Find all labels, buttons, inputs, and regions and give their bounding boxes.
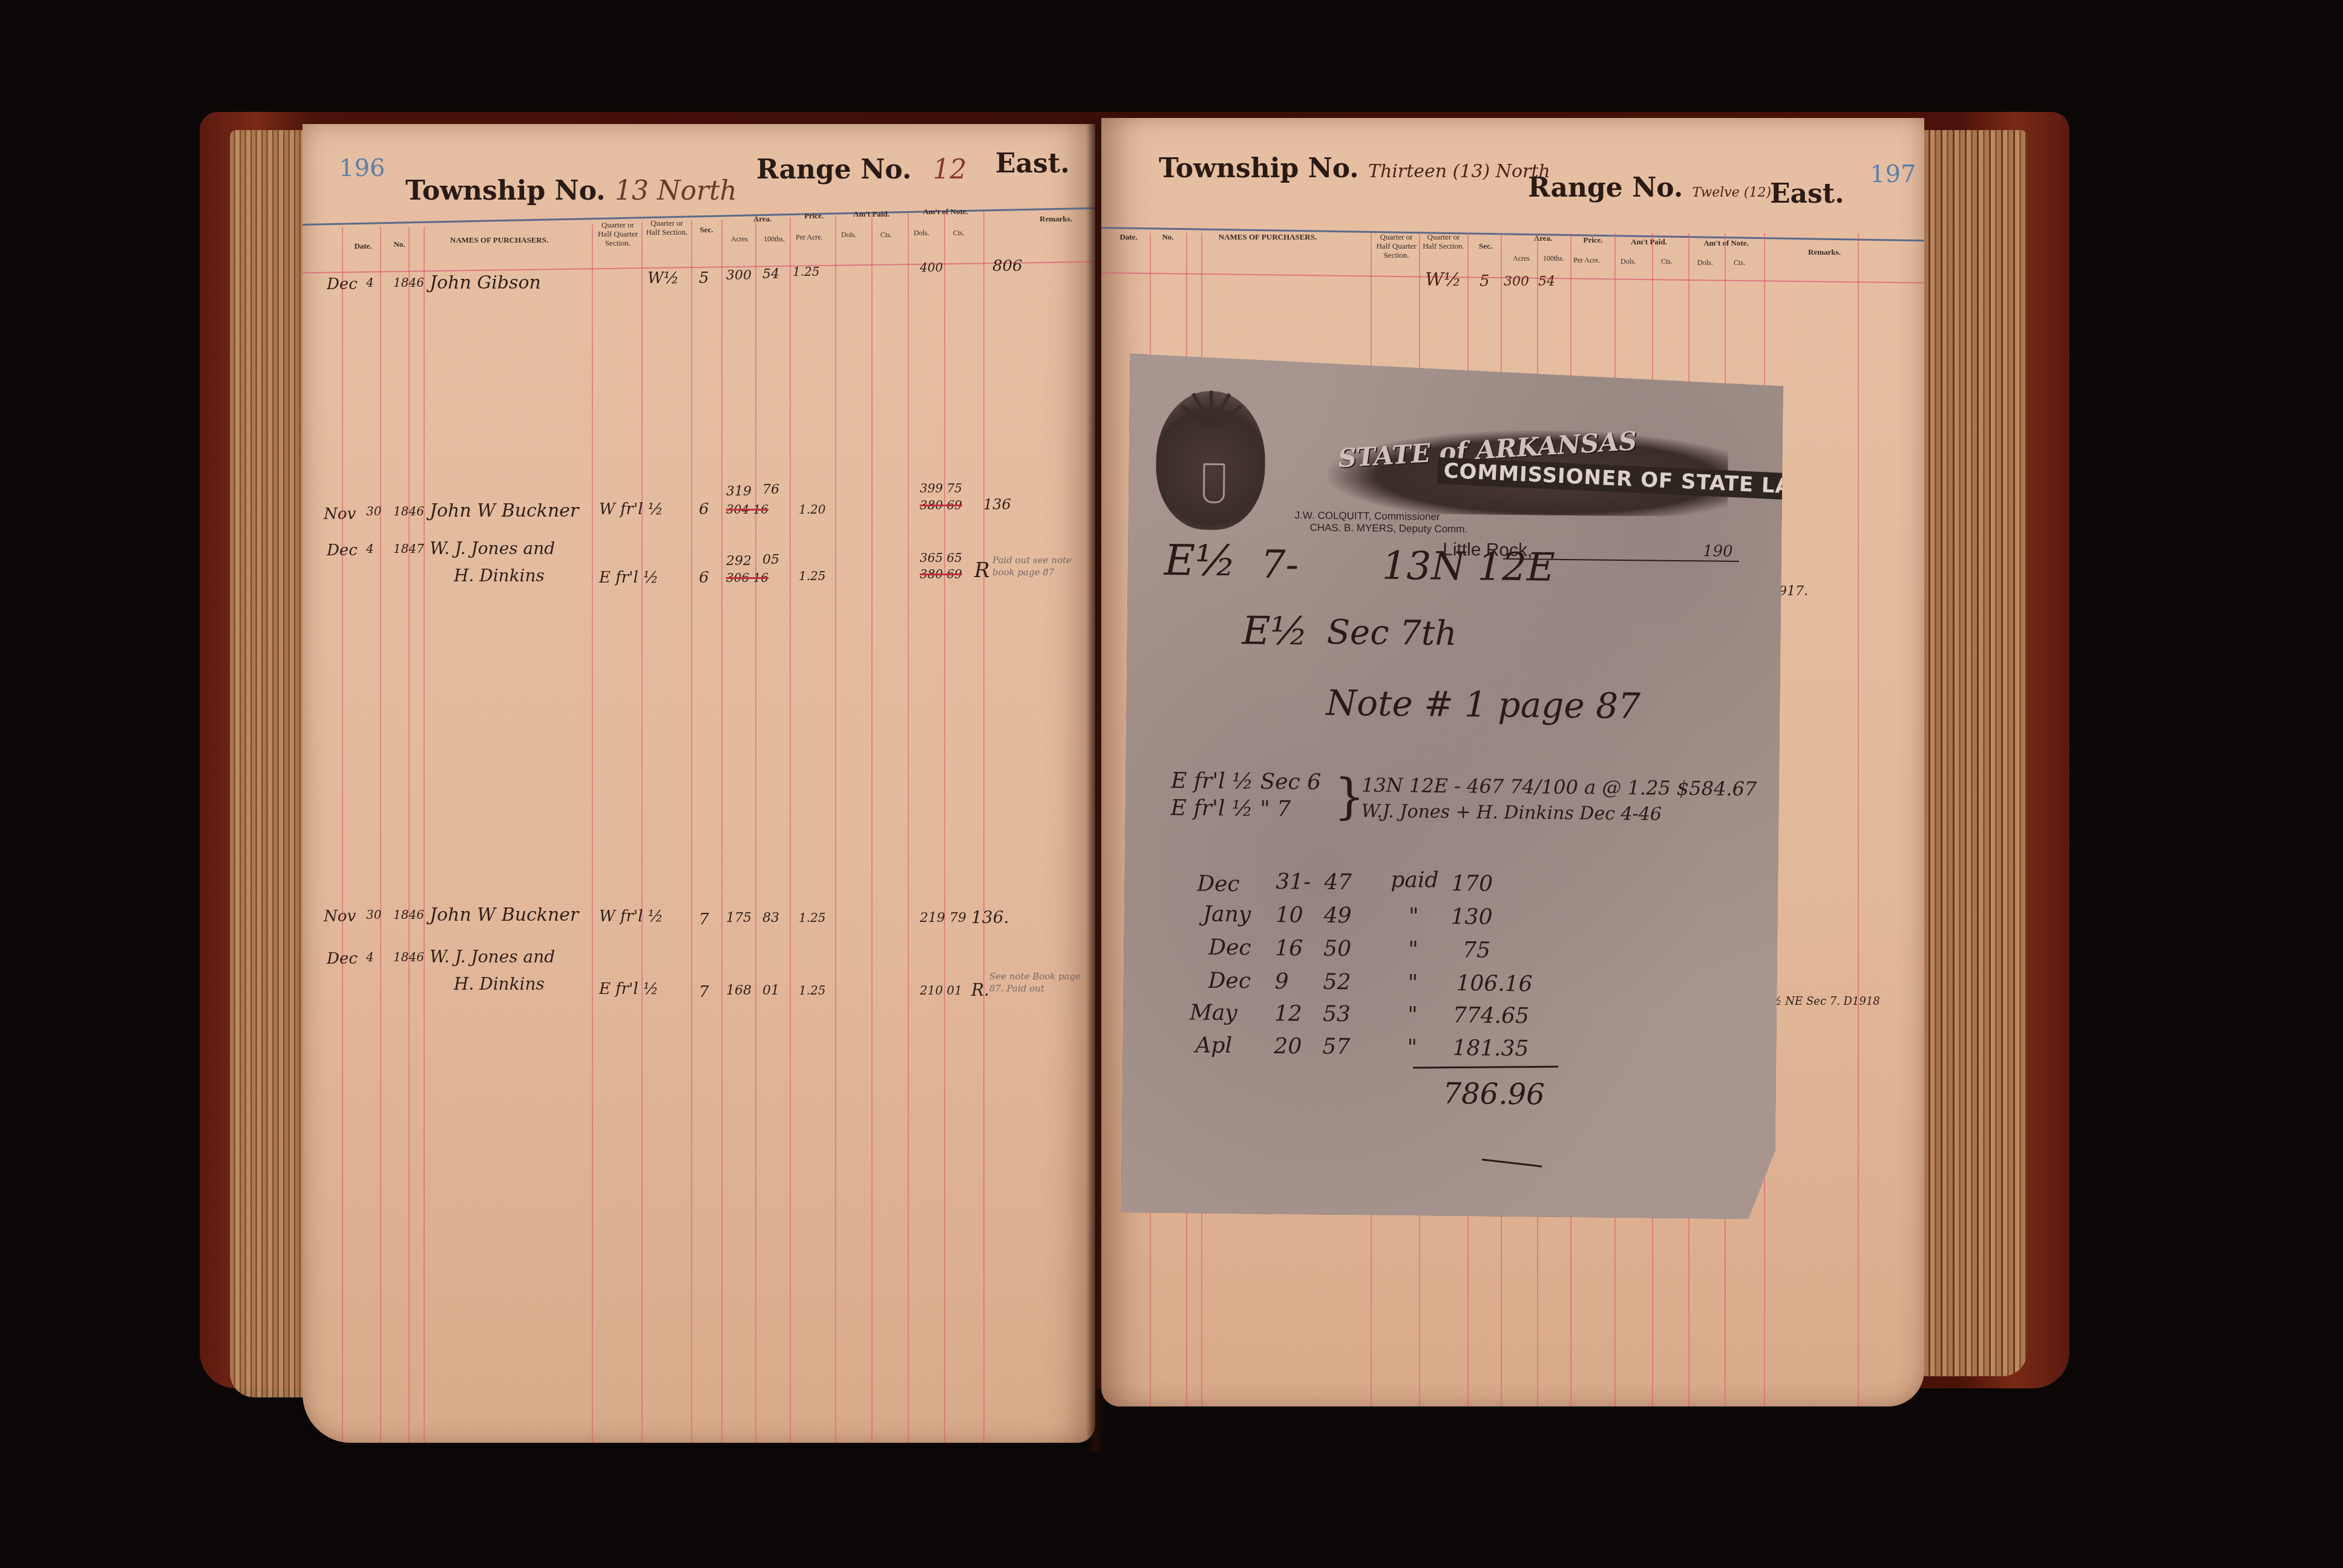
rule [408,227,410,1443]
letterhead-year: 190 [1703,542,1733,561]
col-amt-paid-dols: Dols. [841,230,857,240]
payment-amount: 774.65 [1453,1003,1529,1028]
col-area-100ths: 100ths. [764,235,785,244]
rule [944,212,945,1443]
rule [1858,233,1859,1406]
payment-day: 31- [1276,869,1311,895]
entry-purchaser-2: H. Dinkins [454,566,545,586]
entry-day: 4 [366,275,374,290]
entry-acres-struck: 306 16 [726,570,768,585]
range-value: 12 [933,154,967,185]
entry-sec: 6 [699,569,709,587]
state-seal-icon [1155,390,1265,531]
payment-month: Dec [1208,969,1251,994]
entry-purchaser: John Gibson [430,272,541,293]
rule [790,217,791,1443]
entry-note-struck: 380 69 [920,567,962,581]
entry-acres: 292 [726,554,752,569]
brace-icon: } [1334,768,1365,825]
entry-month: Nov [324,505,356,523]
entry-hundredths: 54 [1538,274,1555,289]
entry-acres: 175 [726,910,752,926]
entry-year: 1846 [393,950,424,964]
entry-section-part: W fr'l ½ [599,500,663,518]
payment-amount: 170 [1451,871,1493,897]
doc-brace-text2: W.J. Jones + H. Dinkins Dec 4-46 [1361,800,1662,825]
payment-month: Dec [1208,935,1251,961]
payment-day: 10 [1276,903,1303,927]
range-value: Twelve (12) [1693,185,1771,200]
entry-purchaser: John W Buckner [430,500,578,521]
col-amt-note-dols: Dols. [914,229,929,238]
sum-underline [1413,1066,1558,1069]
entry-remarks: 136 [983,496,1011,513]
entry-section-part: W½ [1425,269,1461,290]
payment-label: paid [1391,867,1439,893]
rule [908,214,909,1443]
col-area-acres: Acres [1513,254,1530,263]
payment-amount: 106.16 [1456,971,1532,996]
col-sec: Sec. [693,226,720,235]
payment-month: Dec [1197,872,1240,897]
township-header: Township No. Thirteen (13) North [1159,153,1550,184]
payment-label: " [1407,970,1418,995]
entry-hundredths: 83 [762,910,779,926]
entry-note-struck: 380 69 [920,498,962,512]
range-label: Range No. [756,154,911,185]
col-amt-note: Am't of Note. [911,207,980,217]
col-price: Price. [796,212,832,221]
col-area-100ths: 100ths. [1543,254,1564,263]
doc-line2-sec: Sec 7th [1326,613,1457,653]
entry-remarks: 806 [992,257,1023,275]
entry-remarks-red: R. [971,980,989,1000]
entry-price: 1.25 [799,569,826,583]
entry-price: 1.25 [799,983,826,998]
col-remarks: Remarks. [1029,215,1083,224]
entry-section-part: E fr'l ½ [599,980,658,998]
entry-year: 1846 [393,907,424,922]
left-page: 196 Township No. 13 North Range No. 12 E… [303,124,1095,1443]
entry-section-part: W½ [647,269,679,287]
doc-line1-sec: 7- [1260,543,1299,588]
payment-label: " [1407,1002,1418,1027]
entry-year: 1846 [393,275,424,290]
rule [983,211,985,1443]
entry-purchaser: John W Buckner [430,904,578,926]
rule [424,227,425,1443]
payment-month: Jany [1203,902,1251,927]
col-area-acres: Acres [731,235,748,244]
inserted-photostat-document: STATE of ARKANSAS COMMISSIONER OF STATE … [1121,353,1784,1219]
rule [871,215,873,1443]
entry-sec: 5 [1480,272,1490,290]
payment-year: 52 [1323,970,1351,995]
col-remarks: Remarks. [1794,248,1855,257]
entry-price: 1.25 [793,264,820,279]
payment-label: " [1407,1035,1417,1060]
col-quarter-half: Quarter or Half Section. [1421,233,1466,251]
payment-label: " [1409,904,1419,929]
direction-label: East. [995,148,1069,179]
entry-sec: 7 [699,983,709,1001]
entry-month: Dec [327,275,358,293]
shield-icon [1203,463,1225,503]
col-amt-paid-cts: Cts. [880,230,892,240]
entry-acres: 300 [726,268,752,283]
entry-note: 365 65 [920,550,962,565]
col-quarter-half: Quarter or Half Section. [643,219,690,237]
pen-stroke [1482,1158,1542,1167]
entry-purchaser: W. J. Jones and [430,947,555,967]
entry-acres: 319 [726,484,752,499]
payment-total: 786.96 [1443,1077,1545,1112]
township-label: Township No. [1159,153,1359,184]
payment-year: 49 [1324,903,1352,928]
payment-day: 20 [1274,1034,1302,1059]
entry-hundredths: 76 [762,482,779,497]
entry-price: 1.20 [799,502,826,517]
entry-acres-struck: 304 16 [726,502,768,517]
rule [641,222,643,1443]
township-header: Township No. 13 North [405,175,737,206]
payment-year: 53 [1323,1002,1351,1027]
payment-day: 9 [1274,969,1288,994]
entry-pencil-note: Paid out see note book page 87 [992,555,1095,578]
col-names: NAMES OF PURCHASERS. [436,236,563,245]
sunburst-icon [1181,390,1242,427]
right-page-number: 197 [1870,160,1916,188]
entry-day: 4 [366,950,374,964]
range-header: Range No. 12 [756,154,967,185]
col-quarter-half-quarter: Quarter or Half Quarter Section. [594,221,641,248]
entry-price: 1.25 [799,910,826,925]
entry-remarks-red: 136. [971,907,1009,927]
left-page-number: 196 [339,154,385,182]
entry-day: 30 [366,504,381,518]
payment-year: 47 [1324,870,1352,895]
entry-month: Dec [327,541,358,560]
rule [755,218,756,1443]
letterhead-commissioner: J.W. COLQUITT, Commissioner [1295,509,1440,523]
col-amt-paid: Am't Paid. [1616,238,1682,247]
entry-month: Nov [324,907,356,926]
rule [835,216,836,1443]
col-amt-note-cts: Cts. [1734,258,1745,267]
doc-line1-part: E½ [1164,535,1236,586]
col-price-per-acre: Per Acre. [796,233,823,242]
entry-section-part: W fr'l ½ [599,907,663,926]
rule [342,227,343,1443]
payment-amount: 75 [1463,938,1490,962]
col-date: Date. [345,242,381,251]
entry-year: 1847 [393,541,424,556]
entry-acres: 168 [726,983,752,998]
entry-purchaser: W. J. Jones and [430,538,555,558]
entry-hundredths: 54 [762,267,779,282]
col-amt-paid-cts: Cts. [1661,257,1673,266]
range-header: Range No. Twelve (12) [1528,172,1771,203]
rule [691,221,692,1443]
doc-brace-left1: E fr'l ½ Sec 6 [1171,768,1321,795]
entry-note: 400 [920,260,943,275]
col-amt-note-dols: Dols. [1697,258,1713,267]
entry-note: 219 79 [920,910,966,926]
entry-hundredths: 05 [762,552,779,567]
payment-year: 50 [1323,936,1351,961]
letterhead-deputy: CHAS. B. MYERS, Deputy Comm. [1309,522,1467,536]
entry-year: 1846 [393,504,424,518]
entry-section-part: E fr'l ½ [599,569,658,587]
entry-hundredths: 01 [762,983,779,998]
range-label: Range No. [1528,172,1683,203]
entry-pencil-note: See note Book page 87. Paid out [989,971,1095,995]
col-amt-paid-dols: Dols. [1620,257,1636,266]
payment-amount: 130 [1451,904,1493,930]
entry-note: 399 75 [920,481,962,495]
township-value: 13 North [615,175,737,206]
entry-acres: 300 [1504,274,1529,289]
payment-amount: 181.35 [1452,1036,1529,1061]
col-sec: Sec. [1473,242,1498,251]
township-value: Thirteen (13) North [1368,161,1550,182]
col-area: Area. [732,215,793,224]
payment-month: Apl [1195,1033,1232,1059]
entry-purchaser-2: H. Dinkins [454,974,545,994]
col-amt-note-cts: Cts. [953,229,965,238]
entry-sec: 5 [699,269,709,287]
rule [380,227,381,1443]
direction-label: East. [1770,178,1844,209]
entry-sec: 7 [699,910,709,929]
entry-day: 30 [366,907,381,922]
col-amt-note: Am't of Note. [1691,239,1761,248]
payment-day: 12 [1274,1001,1302,1026]
entry-note: 210 01 [920,983,962,998]
col-price: Price. [1573,236,1613,245]
col-price-per-acre: Per Acre. [1573,256,1601,265]
col-date: Date. [1113,233,1144,242]
doc-brace-left2: E fr'l ½ " 7 [1170,795,1291,822]
col-names: NAMES OF PURCHASERS. [1204,233,1331,242]
payment-label: " [1408,937,1418,962]
doc-line2-part: E½ [1242,609,1308,654]
township-label: Township No. [405,175,606,206]
rule [721,220,723,1443]
payment-day: 16 [1275,936,1303,961]
col-no: No. [387,240,411,249]
rule [592,224,593,1443]
col-area: Area. [1513,234,1573,243]
payment-month: May [1190,1000,1237,1025]
col-quarter-half-quarter: Quarter or Half Quarter Section. [1374,233,1419,260]
entry-sec: 6 [699,500,709,518]
payment-year: 57 [1322,1034,1350,1059]
entry-day: 4 [366,541,374,556]
col-no: No. [1156,233,1180,242]
doc-line3: Note # 1 page 87 [1326,682,1640,727]
doc-brace-text1: 13N 12E - 467 74/100 a @ 1.25 $584.67 [1362,773,1757,800]
doc-line1-tr: 13N 12E [1381,544,1555,590]
entry-remarks-red: R [974,558,990,583]
page-block-right-edge [1906,130,2027,1376]
entry-month: Dec [327,950,358,968]
